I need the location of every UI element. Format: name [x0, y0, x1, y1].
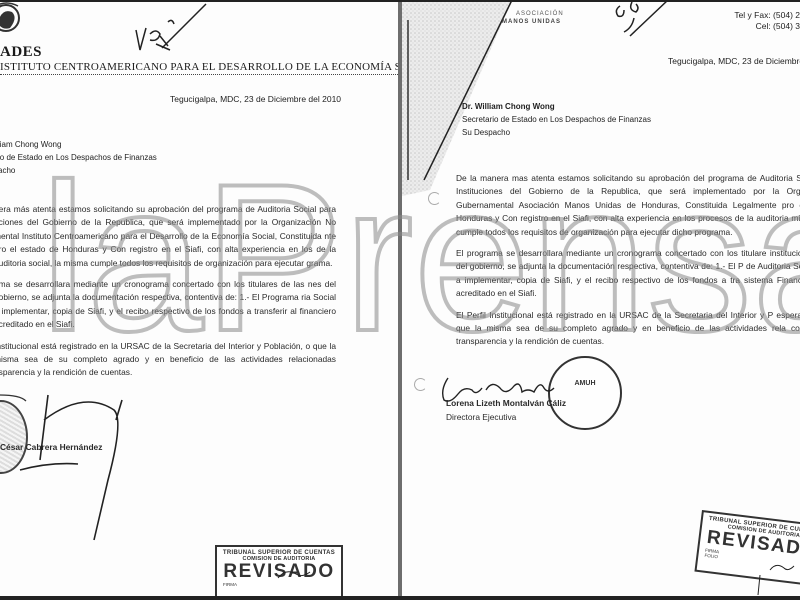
- punch-hole-icon: [414, 378, 427, 391]
- association-header: ASOCIACIÓN MANOS UNIDAS: [502, 10, 564, 26]
- stamp-signature-field: FIRMA: [217, 582, 341, 587]
- contact-info: Tel y Fax: (504) 2 Cel: (504) 3: [734, 10, 800, 32]
- signatory-name: César Cabrera Hernández: [0, 442, 102, 452]
- right-letter-page: ASOCIACIÓN MANOS UNIDAS Tel y Fax: (504)…: [402, 0, 800, 596]
- stamp-status: REVISADO: [217, 562, 341, 582]
- official-seal-icon: [0, 400, 28, 474]
- ades-logo-icon: [0, 0, 28, 40]
- recipient-office: acho: [0, 164, 157, 177]
- recipient-block: liam Chong Wong io de Estado en Los Desp…: [0, 138, 157, 177]
- signatory-title: Directora Ejecutiva: [446, 412, 516, 422]
- bottom-border: [0, 596, 800, 600]
- amuh-seal-icon: AMUH: [548, 356, 622, 430]
- left-letter-page: ADES ISTITUTO CENTROAMERICANO PARA EL DE…: [0, 0, 398, 596]
- phone-fax: Tel y Fax: (504) 2: [734, 10, 800, 21]
- body-paragraph: Institucional está registrado en la URSA…: [0, 340, 336, 380]
- org-acronym: ADES: [0, 44, 42, 61]
- recipient-name: liam Chong Wong: [0, 138, 157, 151]
- recipient-block: Dr. William Chong Wong Secretario de Est…: [462, 100, 651, 139]
- top-border: [0, 0, 800, 2]
- org-fullname: ISTITUTO CENTROAMERICANO PARA EL DESARRO…: [0, 61, 398, 75]
- letter-date: Tegucigalpa, MDC, 23 de Diciembre: [668, 56, 800, 66]
- recipient-office: Su Despacho: [462, 126, 651, 139]
- body-paragraph: ama se desarrollara mediante un cronogra…: [0, 278, 336, 332]
- signatory-name: Lorena Lizeth Montalván Cáliz: [446, 398, 566, 408]
- letter-body: nera más atenta estamos solicitando su a…: [0, 203, 336, 388]
- punch-hole-icon: [428, 192, 441, 205]
- revisado-stamp: TRIBUNAL SUPERIOR DE CUENTAS COMISION DE…: [694, 510, 800, 587]
- body-paragraph: El Perfil Institucional está registrado …: [456, 309, 800, 349]
- revisado-stamp: TRIBUNAL SUPERIOR DE CUENTAS COMISION DE…: [215, 545, 343, 596]
- recipient-title: Secretario de Estado en Los Despachos de…: [462, 113, 651, 126]
- body-paragraph: nera más atenta estamos solicitando su a…: [0, 203, 336, 270]
- recipient-title: io de Estado en Los Despachos de Finanza…: [0, 151, 157, 164]
- body-paragraph: De la manera mas atenta estamos solicita…: [456, 172, 800, 239]
- recipient-name: Dr. William Chong Wong: [462, 100, 651, 113]
- body-paragraph: El programa se desarrollara mediante un …: [456, 247, 800, 301]
- cell-phone: Cel: (504) 3: [734, 21, 800, 32]
- letter-date: Tegucigalpa, MDC, 23 de Diciembre del 20…: [170, 94, 341, 104]
- letter-body: De la manera mas atenta estamos solicita…: [456, 172, 800, 357]
